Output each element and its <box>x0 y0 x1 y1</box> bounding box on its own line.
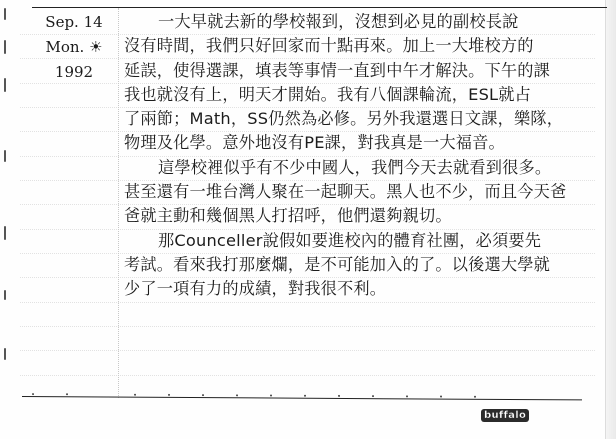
ruled-line <box>20 326 595 327</box>
ruled-line <box>20 350 595 351</box>
date-year: 1992 <box>34 60 114 85</box>
text-line: 那Counceller說假如要進校內的體育社團，必須要先 <box>124 229 596 253</box>
text-line: 物理及化學。意外地沒有PE課，對我真是一大福音。 <box>124 131 596 155</box>
journal-entry-body: 一大早就去新的學校報到，沒想到必見的副校長說 沒有時間，我們只好回家而十點再來。… <box>124 10 596 302</box>
date-month-day: Sep. 14 <box>34 10 114 35</box>
ruled-line <box>20 375 595 376</box>
binding-marks <box>4 0 7 400</box>
text-line: 一大早就去新的學校報到，沒想到必見的副校長說 <box>124 10 596 34</box>
margin-line <box>118 8 119 398</box>
text-line: 我也就沒有上，明天才開始。我有八個課輪流，ESL就占 <box>124 83 596 107</box>
text-line: 這學校裡似乎有不少中國人，我們今天去就看到很多。 <box>124 156 596 180</box>
journal-page: Sep. 14 Mon. ☀ 1992 一大早就去新的學校報到，沒想到必見的副校… <box>0 0 616 439</box>
entry-date: Sep. 14 Mon. ☀ 1992 <box>34 10 114 85</box>
text-line: 甚至還有一堆台灣人聚在一起聊天。黑人也不少，而且今天爸 <box>124 180 596 204</box>
footer-rule <box>22 396 582 400</box>
text-line: 延誤，使得選課，填表等事情一直到中午才解決。下午的課 <box>124 59 596 83</box>
text-line: 了兩節；Math，SS仍然為必修。另外我還選日文課，樂隊， <box>124 107 596 131</box>
ruled-line <box>20 302 595 303</box>
brand-logo: buffalo <box>481 409 529 422</box>
text-line: 考試。看來我打那麼爛，是不可能加入的了。以後選大學就 <box>124 253 596 277</box>
scan-edge-shadow <box>605 0 616 439</box>
date-weekday-weather: Mon. ☀ <box>34 35 114 60</box>
text-line: 少了一項有力的成績，對我很不利。 <box>124 277 596 301</box>
text-line: 爸就主動和幾個黑人打招呼，他們還夠親切。 <box>124 204 596 228</box>
text-line: 沒有時間，我們只好回家而十點再來。加上一大堆校方的 <box>124 34 596 58</box>
